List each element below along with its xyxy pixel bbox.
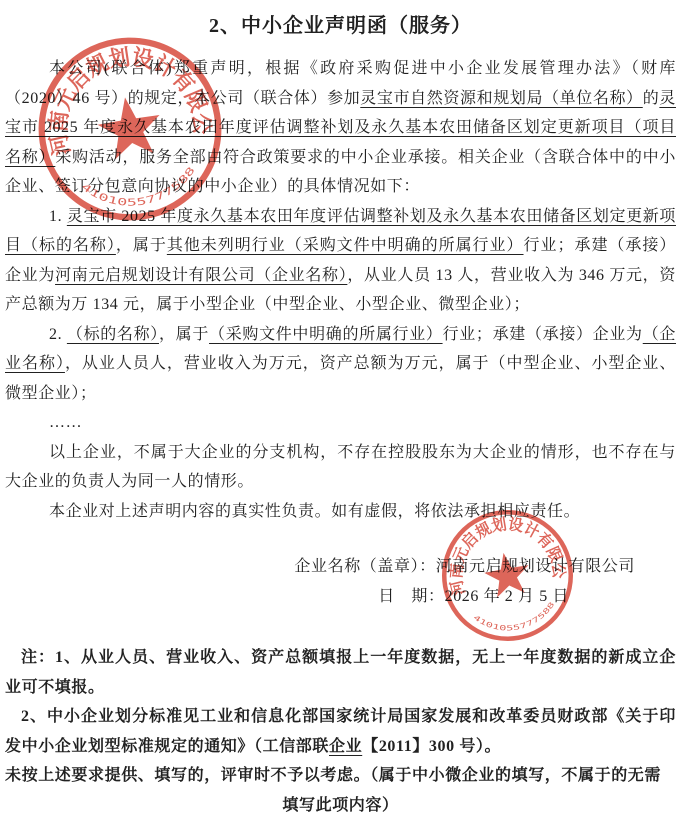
star-icon xyxy=(94,92,165,161)
blank-industry: （采购文件中明确的所属行业） xyxy=(209,326,443,343)
company-seal-top: 河南元启规划设计有限公司 4101055777588 xyxy=(19,18,241,240)
responsibility-statement-paragraph: 本企业对上述声明内容的真实性负责。如有虚假，将依法承担相应责任。 xyxy=(5,497,676,527)
company-seal-bottom: 河南元启规划设计有限公司 4101055777588 xyxy=(427,495,588,656)
item-number: 2. xyxy=(49,326,67,343)
ellipsis-paragraph: …… xyxy=(5,408,676,438)
notes-block: 注：1、从业人员、营业收入、资产总额填报上一年度数据，无上一年度数据的新成立企业… xyxy=(0,643,681,820)
text-run: 的 xyxy=(643,90,660,107)
note-2: 2、中小企业划分标准见工业和信息化部国家统计局国家发展和改革委员财政部《关于印发… xyxy=(5,702,676,761)
star-icon xyxy=(481,549,533,599)
sme-declaration-page: 2、中小企业声明函（服务） 本公司(联合体)郑重声明，根据《政府采购促进中小企业… xyxy=(0,0,681,829)
date-label: 日 期： xyxy=(378,588,444,605)
text-run: 【2011】300 号）。 xyxy=(362,738,501,755)
document-title: 2、中小企业声明函（服务） xyxy=(0,0,681,38)
blank-industry: 其他未列明行业（采购文件中明确的所属行业） xyxy=(167,237,524,254)
blank-target-name: （标的名称） xyxy=(67,326,159,343)
text-run: ，属于 xyxy=(116,237,167,254)
underlined-word: 企业 xyxy=(329,738,362,755)
text-run: ，属于 xyxy=(159,326,209,343)
note-4: 填写此项内容） xyxy=(5,791,676,821)
item-2-paragraph: 2. （标的名称），属于（采购文件中明确的所属行业）行业；承建（承接）企业为（企… xyxy=(5,320,676,409)
branch-statement-paragraph: 以上企业，不属于大企业的分支机构，不存在控股股东为大企业的情形，也不存在与大企业… xyxy=(5,438,676,497)
note-3: 未按上述要求提供、填写的，评审时不予以考虑。（属于中小微企业的填写，不属于的无需 xyxy=(5,761,676,791)
signature-company-row: 企业名称（盖章）：河南元启规划设计有限公司 xyxy=(0,552,681,582)
text-run: ，从业人员人，营业收入为万元，资产总额为万元，属于（中型企业、小型企业、微型企业… xyxy=(5,355,676,402)
note-1: 注：1、从业人员、营业收入、资产总额填报上一年度数据，无上一年度数据的新成立企业… xyxy=(5,643,676,702)
blank-purchaser-name: 灵宝市自然资源和规划局（单位名称） xyxy=(360,90,642,107)
blank-contractor-name: 河南元启规划设计有限公司（企业名称） xyxy=(55,267,347,284)
text-run: 行业；承建（承接）企业为 xyxy=(443,326,643,343)
company-seal-label: 企业名称（盖章）： xyxy=(294,558,435,575)
